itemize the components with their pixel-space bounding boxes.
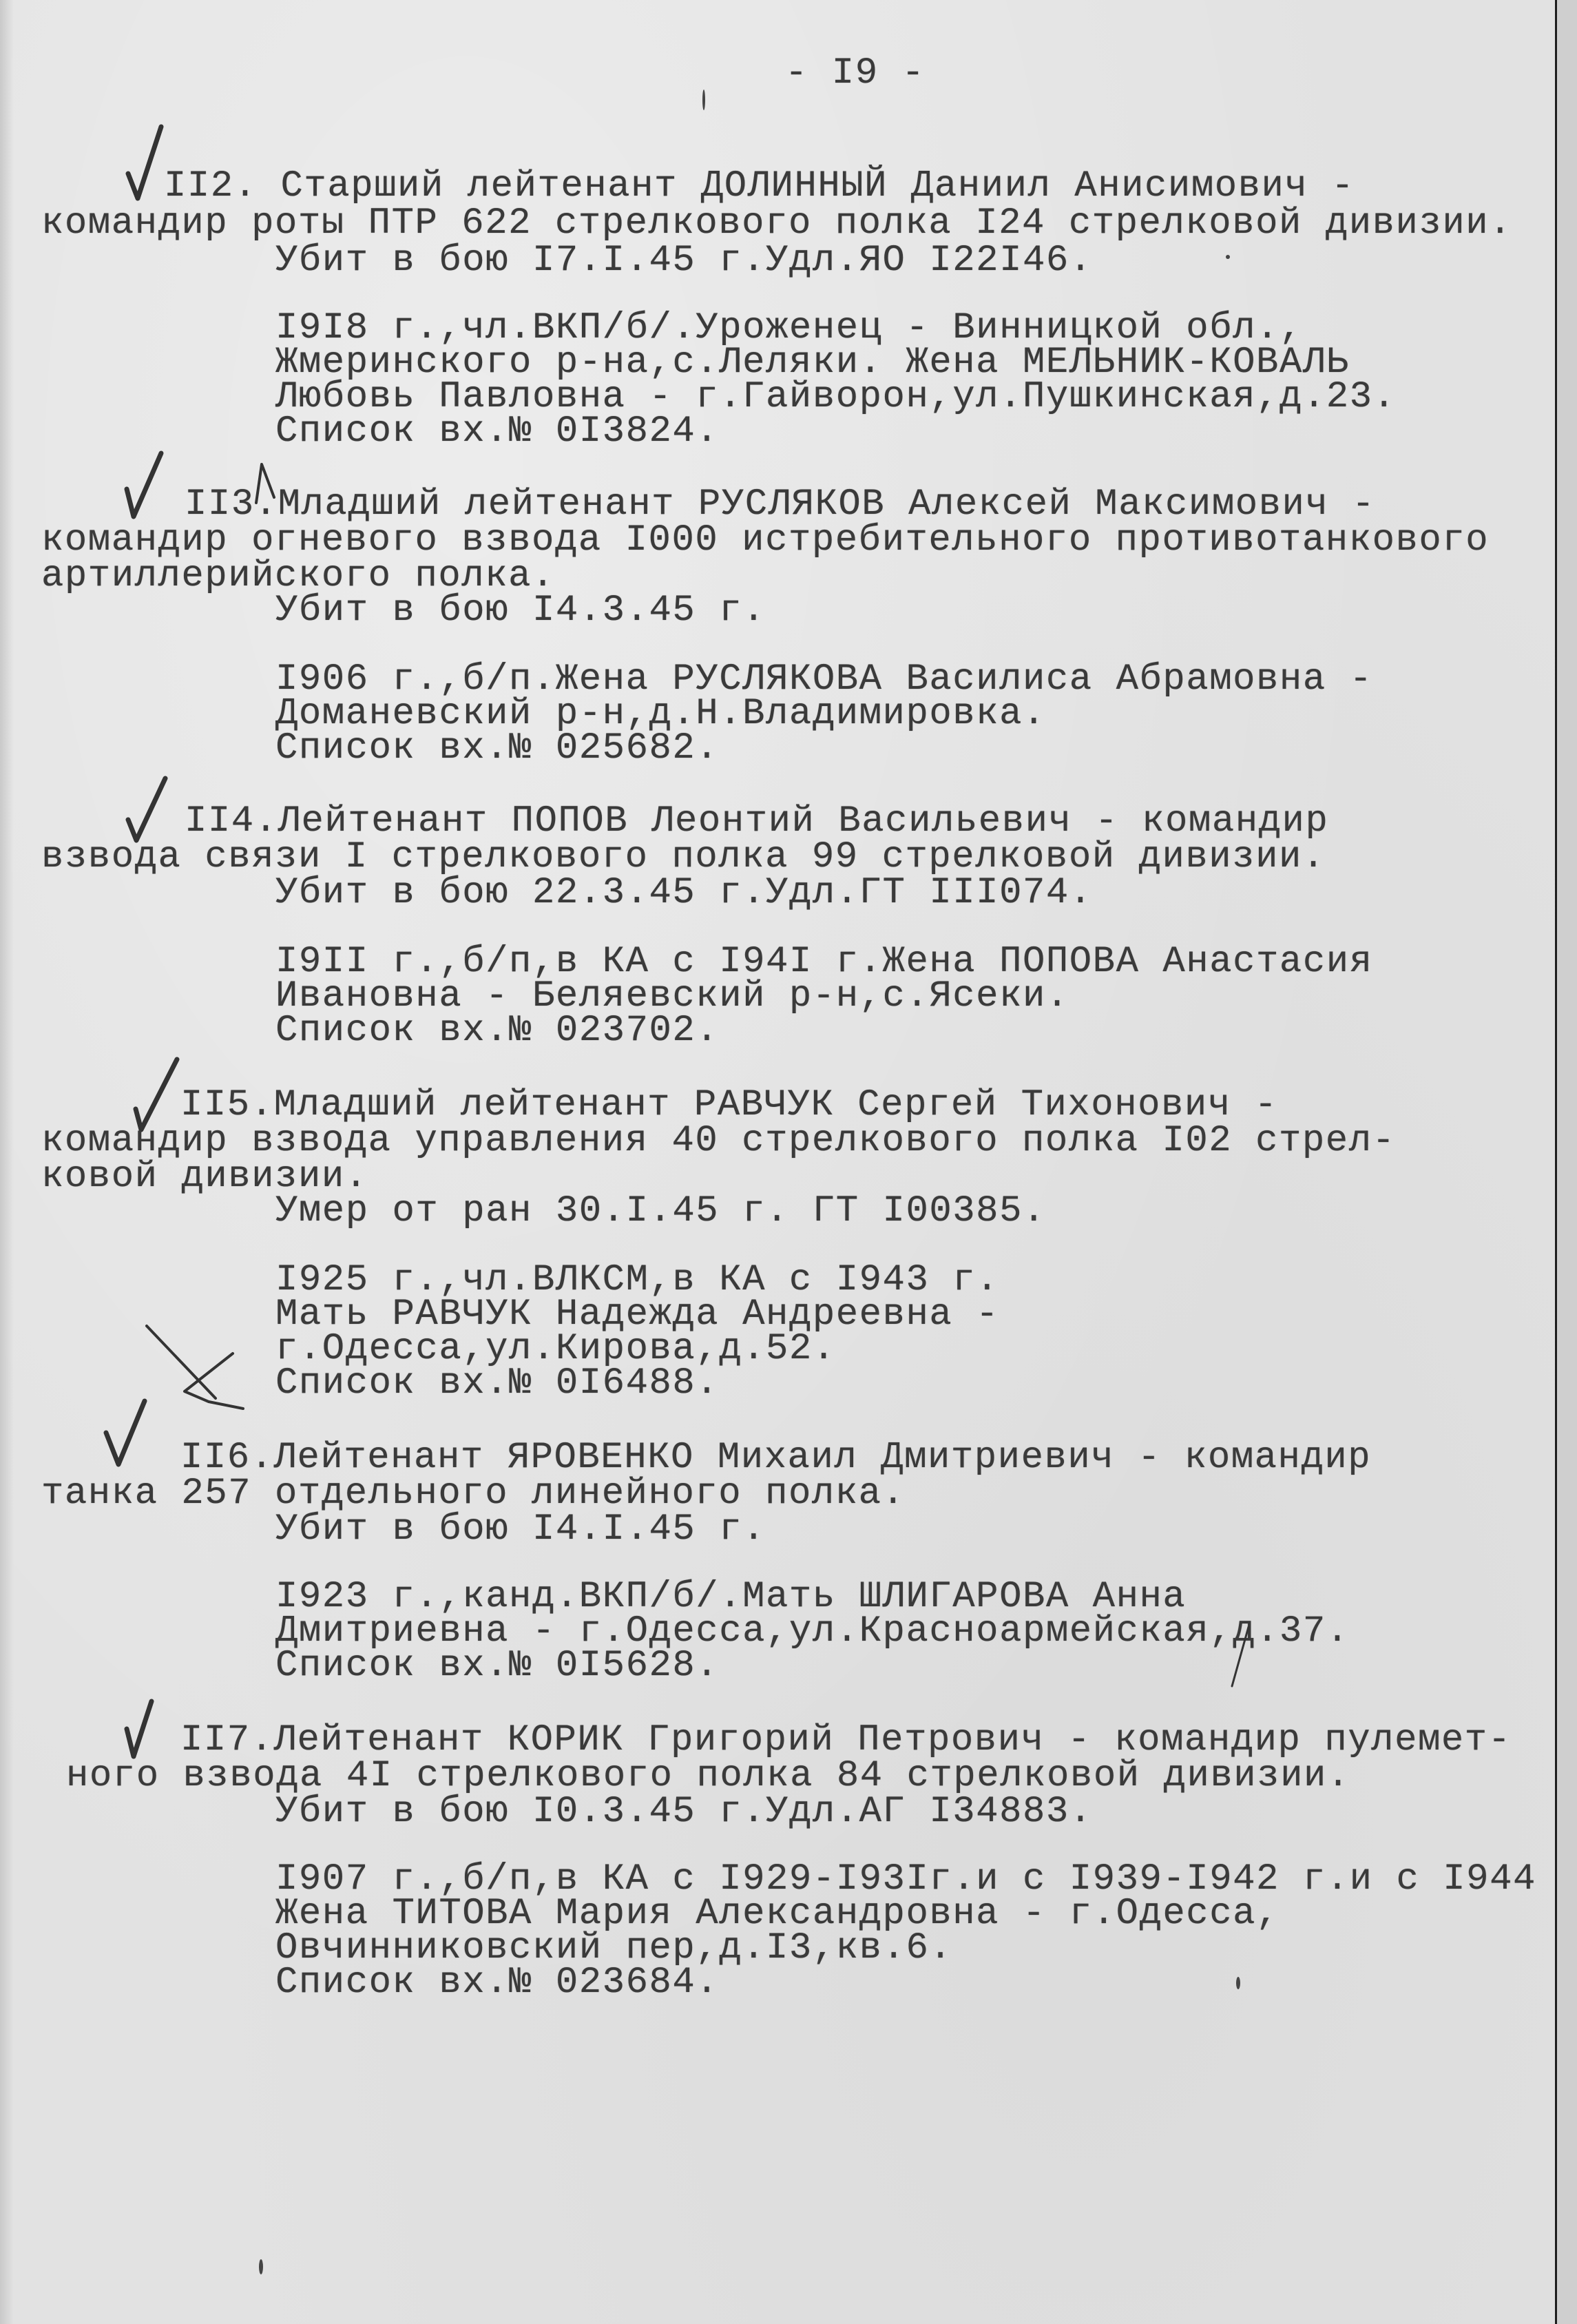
- entry-117-line-2: ного взвода 4I стрелкового полка 84 стре…: [66, 1759, 1350, 1794]
- entry-116-detail-1: I923 г.,канд.ВКП/б/.Мать ШЛИГАРОВА Анна: [275, 1580, 1186, 1615]
- entry-114-line-3: Убит в бою 22.3.45 г.Удл.ГТ III074.: [275, 876, 1093, 911]
- entry-113-detail-3: Список вх.№ 025682.: [275, 732, 719, 766]
- paper-speck: [1236, 1977, 1240, 1989]
- document-page: - I9 - II2. Старший лейтенант ДОЛИННЫЙ Д…: [0, 0, 1557, 2324]
- slash-mark-icon: [1229, 1626, 1250, 1688]
- page-number: - I9 -: [785, 56, 925, 91]
- entry-112-line-3: Убит в бою I7.I.45 г.Удл.ЯО I22I46.: [275, 244, 1093, 278]
- entry-116-line-1: II6.Лейтенант ЯРОВЕНКО Михаил Дмитриевич…: [180, 1441, 1371, 1475]
- entry-113-line-1: II3.Младший лейтенант РУСЛЯКОВ Алексей М…: [185, 488, 1375, 522]
- entry-113-line-2: командир огневого взвода I000 истребител…: [41, 523, 1489, 558]
- entry-114-line-2: взвода связи I стрелкового полка 99 стре…: [41, 840, 1326, 875]
- entry-116-line-2: танка 257 отдельного линейного полка.: [41, 1477, 906, 1511]
- entry-112-detail-2: Жмеринского р-на,с.Леляки. Жена МЕЛЬНИК-…: [275, 346, 1350, 380]
- entry-115-detail-3: г.Одесса,ул.Кирова,д.52.: [275, 1332, 836, 1367]
- paper-speck: [259, 2259, 263, 2274]
- entry-112-detail-1: I9I8 г.,чл.ВКП/б/.Уроженец - Винницкой о…: [275, 311, 1303, 346]
- entry-115-detail-4: Список вх.№ 0I6488.: [275, 1367, 719, 1401]
- checkmark-icon: [123, 448, 164, 523]
- checkmark-icon: [103, 1398, 145, 1474]
- entry-117-line-3: Убит в бою I0.3.45 г.Удл.АГ I34883.: [275, 1795, 1093, 1829]
- entry-113-line-4: Убит в бою I4.3.45 г.: [275, 594, 766, 628]
- scan-border: [1557, 0, 1577, 2324]
- entry-117-detail-4: Список вх.№ 023684.: [275, 1966, 719, 2000]
- entry-116-detail-2: Дмитриевна - г.Одесса,ул.Красноармейская…: [275, 1615, 1350, 1649]
- entry-113-detail-1: I906 г.,б/п.Жена РУСЛЯКОВА Василиса Абра…: [275, 663, 1373, 697]
- cross-mark-icon: [143, 1322, 233, 1412]
- entry-114-line-1: II4.Лейтенант ПОПОВ Леонтий Васильевич -…: [185, 805, 1328, 839]
- entry-115-line-4: Умер от ран 30.I.45 г. ГТ I00385.: [275, 1194, 1046, 1229]
- entry-117-detail-1: I907 г.,б/п,в КА с I929-I93Iг.и с I939-I…: [275, 1863, 1577, 1897]
- paper-speck: [1226, 255, 1230, 259]
- entry-115-detail-2: Мать РАВЧУК Надежда Андреевна -: [275, 1298, 999, 1332]
- entry-112-line-2: командир роты ПТР 622 стрелкового полка …: [41, 207, 1512, 241]
- entry-115-detail-1: I925 г.,чл.ВЛКСМ,в КА с I943 г.: [275, 1263, 999, 1298]
- entry-116-line-3: Убит в бою I4.I.45 г.: [275, 1513, 766, 1547]
- checkmark-icon: [123, 124, 164, 200]
- entry-117-detail-2: Жена ТИТОВА Мария Александровна - г.Одес…: [275, 1897, 1280, 1931]
- entry-114-detail-2: Ивановна - Беляевский р-н,с.Ясеки.: [275, 979, 1069, 1014]
- entry-114-detail-1: I9II г.,б/п,в КА с I94I г.Жена ПОПОВА Ан…: [275, 945, 1373, 979]
- entry-117-detail-3: Овчинниковский пер,д.I3,кв.6.: [275, 1931, 952, 1966]
- entry-112-detail-4: Список вх.№ 0I3824.: [275, 415, 719, 449]
- entry-113-line-3: артиллерийского полка.: [41, 559, 555, 594]
- entry-114-detail-3: Список вх.№ 023702.: [275, 1014, 719, 1048]
- entry-117-line-1: II7.Лейтенант КОРИК Григорий Петрович - …: [180, 1723, 1512, 1758]
- entry-115-line-2: командир взвода управления 40 стрелковог…: [41, 1124, 1396, 1159]
- entry-115-line-1: II5.Младший лейтенант РАВЧУК Сергей Тихо…: [180, 1088, 1278, 1123]
- entry-112-detail-3: Любовь Павловна - г.Гайворон,ул.Пушкинск…: [275, 380, 1396, 415]
- entry-116-detail-3: Список вх.№ 0I5628.: [275, 1649, 719, 1683]
- entry-113-detail-2: Доманевский р-н,д.Н.Владимировка.: [275, 697, 1046, 732]
- entry-112-line-1: II2. Старший лейтенант ДОЛИННЫЙ Даниил А…: [164, 169, 1355, 204]
- paper-speck: [702, 90, 705, 110]
- entry-115-line-3: ковой дивизии.: [41, 1160, 368, 1194]
